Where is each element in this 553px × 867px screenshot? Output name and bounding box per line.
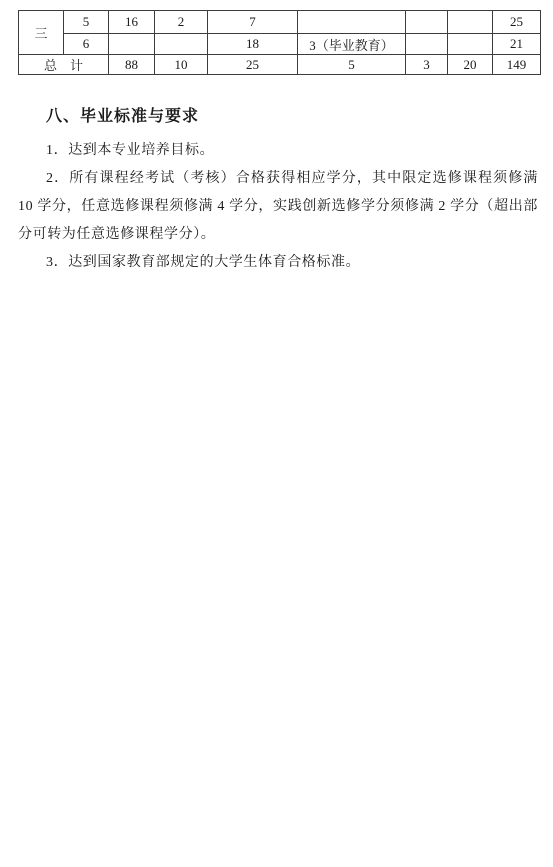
table-cell: 16 [109, 11, 155, 34]
table-cell: 10 [155, 55, 208, 75]
table-row-year3-sem6: 6 18 3（毕业教育） 21 [19, 34, 541, 55]
credit-summary-table: 三 5 16 2 7 25 6 18 3（毕业教育） 21 [18, 10, 541, 75]
table-cell: 18 [208, 34, 298, 55]
table-cell: 20 [448, 55, 493, 75]
table-cell-year: 三 [19, 11, 64, 55]
table-row-total: 总 计 88 10 25 5 3 20 149 [19, 55, 541, 75]
table-cell [406, 34, 448, 55]
requirement-paragraph-2: 2．所有课程经考试（考核）合格获得相应学分，其中限定选修课程须修满 10 学分，… [18, 165, 538, 249]
table-cell-semester: 5 [64, 11, 109, 34]
requirement-paragraph-1: 1．达到本专业培养目标。 [18, 137, 538, 165]
table-cell-semester: 6 [64, 34, 109, 55]
table-row-year3-sem5: 三 5 16 2 7 25 [19, 11, 541, 34]
table-cell: 25 [208, 55, 298, 75]
table-cell: 2 [155, 11, 208, 34]
table-cell [448, 11, 493, 34]
table-cell-subtotal: 25 [493, 11, 541, 34]
table-cell-total-label: 总 计 [19, 55, 109, 75]
table-cell-grand-total: 149 [493, 55, 541, 75]
document-page: 三 5 16 2 7 25 6 18 3（毕业教育） 21 [0, 0, 553, 867]
graduation-requirements-section: 八、毕业标准与要求 1．达到本专业培养目标。 2．所有课程经考试（考核）合格获得… [18, 75, 538, 277]
table-cell: 3 [406, 55, 448, 75]
section-heading: 八、毕业标准与要求 [18, 106, 538, 128]
table-cell [298, 11, 406, 34]
table-cell [448, 34, 493, 55]
table-cell [109, 34, 155, 55]
requirement-paragraph-3: 3．达到国家教育部规定的大学生体育合格标准。 [18, 249, 538, 277]
table-cell: 5 [298, 55, 406, 75]
table-cell [406, 11, 448, 34]
table-cell-subtotal: 21 [493, 34, 541, 55]
table-cell: 7 [208, 11, 298, 34]
table-cell: 88 [109, 55, 155, 75]
table-cell-graduation-education: 3（毕业教育） [298, 34, 406, 55]
table-cell [155, 34, 208, 55]
